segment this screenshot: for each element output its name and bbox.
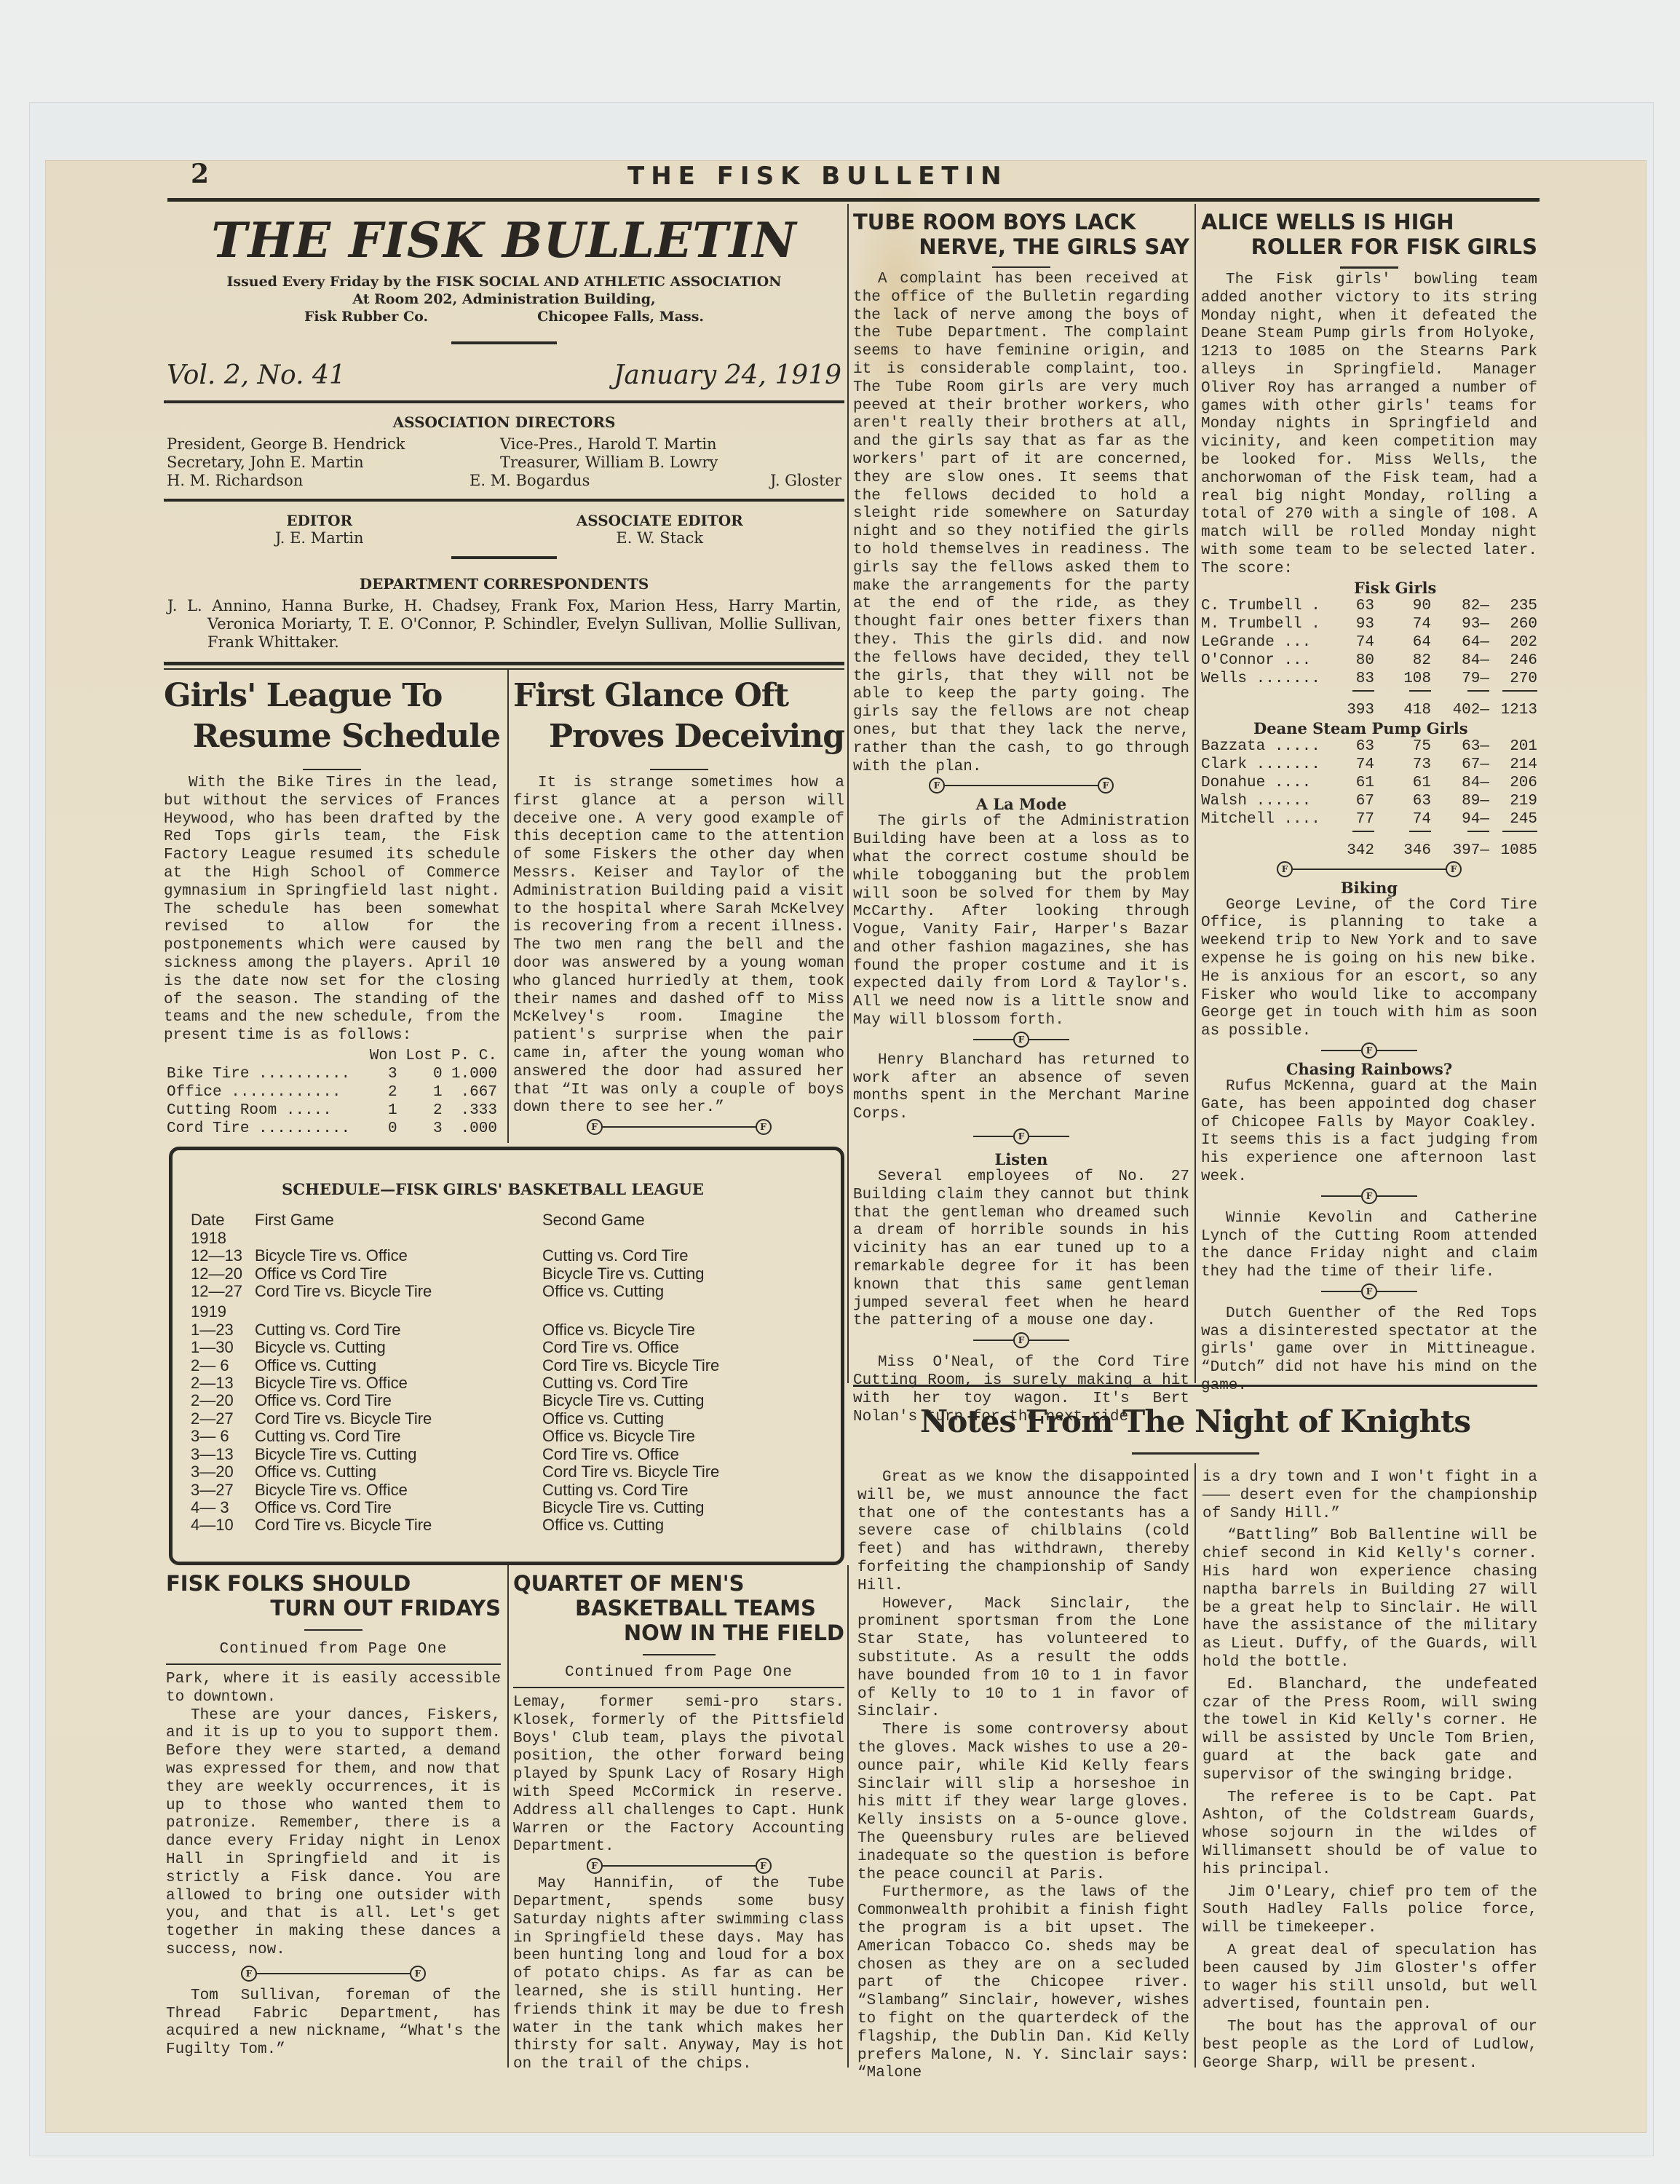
fisk-f-icon: F	[1361, 1283, 1377, 1299]
column-rule	[1194, 204, 1196, 1383]
rule	[513, 1687, 844, 1688]
article-alice-wells: ALICE WELLS IS HIGH ROLLER FOR FISK GIRL…	[1201, 210, 1537, 1396]
first-game: Office vs. Cutting	[255, 1463, 542, 1481]
ornament-divider: F F	[166, 1964, 501, 1983]
first-game: Bicycle Tire vs. Office	[255, 1481, 542, 1499]
schedule-row: 12—20Office vs Cord TireBicycle Tire vs.…	[191, 1265, 824, 1283]
second-game: Cutting vs. Cord Tire	[542, 1481, 689, 1499]
schedule-row: 4—10Cord Tire vs. Bicycle TireOffice vs.…	[191, 1516, 824, 1534]
first-game: Cord Tire vs. Bicycle Tire	[255, 1283, 542, 1300]
first-game: Cord Tire vs. Bicycle Tire	[255, 1410, 542, 1428]
issued-line: Issued Every Friday by the FISK SOCIAL A…	[164, 273, 844, 290]
knights-column-1: Great as we know the disappointed will b…	[857, 1469, 1189, 2083]
address-line: At Room 202, Administration Building,	[164, 290, 844, 308]
totals-row: 342346397—1085	[1201, 837, 1537, 860]
bowling-scores-deane: Deane Steam Pump Girls Bazzata .....6375…	[1201, 719, 1537, 860]
first-game: Office vs. Cord Tire	[255, 1499, 542, 1516]
page-number: 2	[191, 159, 209, 189]
headline-line: Resume Schedule	[164, 716, 500, 757]
bowler-row: Donahue ....616184—206	[1201, 774, 1537, 792]
game-date: 4— 3	[191, 1499, 255, 1516]
headline-line: ROLLER FOR FISK GIRLS	[1201, 234, 1537, 259]
knights-headline: Notes From The Night of Knights	[853, 1404, 1537, 1439]
section-rule	[853, 1385, 1537, 1387]
subhead: Chasing Rainbows?	[1201, 1060, 1537, 1078]
lost: 1	[400, 1083, 445, 1101]
continued-note: Continued from Page One	[166, 1641, 501, 1658]
lost: 2	[400, 1101, 445, 1120]
totals-row: 393418402—1213	[1201, 697, 1537, 719]
masthead: THE FISK BULLETIN Issued Every Friday by…	[164, 207, 844, 670]
game-date: 12—13	[191, 1247, 255, 1265]
ornament-divider: F	[1201, 1041, 1537, 1060]
game-date: 4—10	[191, 1516, 255, 1534]
ornament-divider: F	[1201, 1282, 1537, 1301]
news-note: Henry Blanchard has returned to work aft…	[853, 1052, 1189, 1124]
schedule-row: 12—13Bicycle Tire vs. OfficeCutting vs. …	[191, 1247, 824, 1265]
volume-number: Vol. 2, No. 41	[167, 360, 346, 390]
second-game: Office vs. Cutting	[542, 1410, 664, 1428]
header-rule	[167, 198, 1540, 202]
game-date: 3—13	[191, 1446, 255, 1463]
headline-line: QUARTET OF MEN'S	[513, 1571, 844, 1596]
schedule-row: 3—27Bicycle Tire vs. OfficeCutting vs. C…	[191, 1481, 824, 1499]
fisk-f-icon: F	[1361, 1188, 1377, 1204]
game-date: 3—20	[191, 1463, 255, 1481]
won: 3	[365, 1065, 400, 1083]
game-date: 2—27	[191, 1410, 255, 1428]
standings-row: Bike Tire ..........301.000	[164, 1065, 500, 1083]
ornament-divider: F F	[1201, 860, 1537, 879]
short-rule	[650, 769, 708, 770]
masthead-rule	[164, 499, 844, 502]
fisk-f-icon: F	[1277, 861, 1293, 877]
schedule-row: 3—13Bicycle Tire vs. CuttingCord Tire vs…	[191, 1446, 824, 1463]
article-fisk-folks: FISK FOLKS SHOULD TURN OUT FRIDAYS Conti…	[166, 1571, 501, 2060]
column-rule	[1194, 1463, 1196, 2068]
headline-line: BASKETBALL TEAMS	[513, 1596, 844, 1621]
lost: 0	[400, 1065, 445, 1083]
second-game: Cord Tire vs. Bicycle Tire	[542, 1463, 719, 1481]
article-body: Great as we know the disappointed will b…	[857, 1469, 1189, 1596]
fisk-f-icon: F	[587, 1858, 603, 1874]
short-rule	[643, 1654, 716, 1655]
article-girls-league: Girls' League To Resume Schedule With th…	[164, 676, 500, 1138]
article-body: Furthermore, as the laws of the Commonwe…	[857, 1884, 1189, 2083]
article-body: The referee is to be Capt. Pat Ashton, o…	[1202, 1789, 1537, 1880]
fisk-f-icon: F	[241, 1966, 257, 1982]
article-body: Ed. Blanchard, the undefeated czar of th…	[1202, 1677, 1537, 1785]
article-body: These are your dances, Fiskers, and it i…	[166, 1707, 501, 1960]
fisk-f-icon: F	[1098, 778, 1114, 794]
article-body: Jim O'Leary, chief pro tem of the South …	[1202, 1884, 1537, 1938]
short-rule	[1340, 266, 1398, 269]
team-name: Office ............	[164, 1083, 365, 1101]
directors-heading: ASSOCIATION DIRECTORS	[164, 414, 844, 431]
col-header: P. C.	[445, 1047, 500, 1065]
first-game: Office vs Cord Tire	[255, 1265, 542, 1283]
news-note: Dutch Guenther of the Red Tops was a dis…	[1201, 1305, 1537, 1396]
director: Treasurer, William B. Lowry	[500, 454, 718, 472]
won: 2	[365, 1083, 400, 1101]
schedule-row: 2—20Office vs. Cord TireBicycle Tire vs.…	[191, 1392, 824, 1409]
article-body: is a dry town and I won't fight in a ———…	[1202, 1469, 1537, 1523]
second-game: Cutting vs. Cord Tire	[542, 1247, 689, 1265]
bowler-row: Clark .......747367—214	[1201, 756, 1537, 774]
second-game: Office vs. Bicycle Tire	[542, 1428, 695, 1445]
headline-line: First Glance Oft	[513, 676, 844, 716]
game-date: 12—27	[191, 1283, 255, 1300]
fisk-f-icon: F	[756, 1119, 772, 1135]
standings-row: Cutting Room .....12.333	[164, 1101, 500, 1120]
column-rule	[847, 1565, 849, 2068]
first-game: Bicycle Tire vs. Cutting	[255, 1446, 542, 1463]
second-game: Cord Tire vs. Office	[542, 1446, 679, 1463]
game-date: 2—20	[191, 1392, 255, 1409]
article-body: However, Mack Sinclair, the prominent sp…	[857, 1596, 1189, 1722]
ornament-divider: F F	[513, 1117, 844, 1136]
headline-line: TURN OUT FRIDAYS	[166, 1596, 501, 1621]
fisk-f-icon: F	[1446, 861, 1462, 877]
second-game: Bicycle Tire vs. Cutting	[542, 1265, 705, 1283]
ornament-divider: F	[853, 1030, 1189, 1049]
second-game: Office vs. Cutting	[542, 1283, 664, 1300]
schedule-title: SCHEDULE—FISK GIRLS' BASKETBALL LEAGUE	[162, 1181, 824, 1198]
second-game: Cord Tire vs. Bicycle Tire	[542, 1357, 719, 1374]
editor-heading: EDITOR	[218, 512, 421, 529]
won: 1	[365, 1101, 400, 1120]
bowler-row: Walsh ......676389—219	[1201, 792, 1537, 810]
ornament-divider: F	[853, 1127, 1189, 1146]
subhead: A La Mode	[853, 795, 1189, 813]
bowler-row: Wells .......8310879—270	[1201, 670, 1537, 688]
fisk-f-icon: F	[929, 778, 945, 794]
standings-row: Office ............21.667	[164, 1083, 500, 1101]
director: President, George B. Hendrick	[167, 435, 405, 454]
headline-line: NOW IN THE FIELD	[513, 1621, 844, 1645]
director: Secretary, John E. Martin	[167, 454, 364, 472]
article-body: A great deal of speculation has been cau…	[1202, 1942, 1537, 2014]
first-game: Office vs. Cutting	[255, 1357, 542, 1374]
column-rule	[847, 204, 849, 1383]
subhead: Listen	[853, 1150, 1189, 1168]
team-heading: Deane Steam Pump Girls	[1201, 719, 1537, 737]
article-body: A complaint has been received at the off…	[853, 271, 1189, 776]
subhead: Biking	[1201, 879, 1537, 897]
pct: 1.000	[445, 1065, 500, 1083]
article-body: The girls of the Administration Building…	[853, 813, 1189, 1030]
director: J. Gloster	[770, 472, 841, 490]
col-header: Lost	[400, 1047, 445, 1065]
director: Vice-Pres., Harold T. Martin	[500, 435, 717, 454]
col-header: Second Game	[542, 1211, 645, 1229]
schedule-year: 1919	[191, 1303, 824, 1321]
running-title: THE FISK BULLETIN	[627, 162, 1008, 191]
first-game: Bicycle vs. Cutting	[255, 1339, 542, 1356]
article-tube-room: TUBE ROOM BOYS LACK NERVE, THE GIRLS SAY…	[853, 210, 1189, 1426]
fisk-f-icon: F	[587, 1119, 603, 1135]
col-header: Date	[191, 1211, 255, 1229]
news-note: Winnie Kevolin and Catherine Lynch of th…	[1201, 1210, 1537, 1282]
game-date: 1—30	[191, 1339, 255, 1356]
team-name: Bike Tire ..........	[164, 1065, 365, 1083]
pct: .667	[445, 1083, 500, 1101]
short-rule	[304, 1629, 362, 1631]
article-body: There is some controversy about the glov…	[857, 1722, 1189, 1884]
bowler-row: Mitchell ....777494—245	[1201, 810, 1537, 828]
standings-row: Cord Tire ..........03.000	[164, 1120, 500, 1138]
article-body: With the Bike Tires in the lead, but wit…	[164, 775, 500, 1045]
game-date: 2—13	[191, 1374, 255, 1392]
fisk-f-icon: F	[1013, 1332, 1029, 1348]
correspondents-list: J. L. Annino, Hanna Burke, H. Chadsey, F…	[164, 597, 844, 652]
director: E. M. Bogardus	[469, 472, 590, 490]
schedule-row: 1—23Cutting vs. Cord TireOffice vs. Bicy…	[191, 1321, 824, 1339]
basketball-schedule: SCHEDULE—FISK GIRLS' BASKETBALL LEAGUE D…	[191, 1181, 824, 1535]
first-game: Cutting vs. Cord Tire	[255, 1321, 542, 1339]
first-game: Cutting vs. Cord Tire	[255, 1428, 542, 1445]
correspondents-heading: DEPARTMENT CORRESPONDENTS	[164, 575, 844, 593]
schedule-row: 2— 6Office vs. CuttingCord Tire vs. Bicy…	[191, 1357, 824, 1374]
schedule-year: 1918	[191, 1230, 824, 1247]
lost: 3	[400, 1120, 445, 1138]
short-rule	[992, 266, 1050, 268]
article-body: The bout has the approval of our best pe…	[1202, 2019, 1537, 2073]
fisk-f-icon: F	[410, 1966, 426, 1982]
masthead-title: THE FISK BULLETIN	[164, 212, 844, 269]
short-rule	[1132, 1452, 1259, 1455]
article-body: Rufus McKenna, guard at the Main Gate, h…	[1201, 1078, 1537, 1187]
article-body: It is strange sometimes how a first glan…	[513, 775, 844, 1117]
ornament-divider: F	[1201, 1187, 1537, 1206]
headline-line: NERVE, THE GIRLS SAY	[853, 234, 1189, 259]
schedule-row: 4— 3Office vs. Cord TireBicycle Tire vs.…	[191, 1499, 824, 1516]
headline-line: FISK FOLKS SHOULD	[166, 1571, 501, 1596]
game-date: 1—23	[191, 1321, 255, 1339]
masthead-rule	[164, 662, 844, 665]
editor-name: J. E. Martin	[218, 529, 421, 547]
city-name: Chicopee Falls, Mass.	[537, 308, 704, 325]
pct: .333	[445, 1101, 500, 1120]
article-body: The Fisk girls' bowling team added anoth…	[1201, 272, 1537, 579]
first-game: Bicycle Tire vs. Office	[255, 1247, 542, 1265]
game-date: 12—20	[191, 1265, 255, 1283]
article-first-glance: First Glance Oft Proves Deceiving It is …	[513, 676, 844, 1136]
fisk-f-icon: F	[1013, 1128, 1029, 1144]
team-name: Cutting Room .....	[164, 1101, 365, 1120]
ornament-divider: F F	[513, 1856, 844, 1875]
fisk-f-icon: F	[1013, 1032, 1029, 1048]
article-body: Park, where it is easily accessible to d…	[166, 1671, 501, 1707]
knights-column-2: is a dry town and I won't fight in a ———…	[1202, 1469, 1537, 2073]
headline-line: TUBE ROOM BOYS LACK	[853, 210, 1189, 234]
second-game: Office vs. Cutting	[542, 1516, 664, 1534]
bowler-row: O'Connor ...808284—246	[1201, 652, 1537, 670]
column-rule	[507, 1565, 509, 2068]
short-rule	[451, 556, 557, 559]
article-body: Several employees of No. 27 Building cla…	[853, 1168, 1189, 1331]
ornament-divider: F	[853, 1331, 1189, 1350]
ornament-divider: F F	[853, 776, 1189, 795]
first-game: Cord Tire vs. Bicycle Tire	[255, 1516, 542, 1534]
won: 0	[365, 1120, 400, 1138]
short-rule	[303, 769, 361, 770]
continued-note: Continued from Page One	[513, 1664, 844, 1681]
schedule-row: 3—20Office vs. CuttingCord Tire vs. Bicy…	[191, 1463, 824, 1481]
short-rule	[451, 341, 557, 344]
col-header: First Game	[255, 1211, 542, 1229]
article-quartet: QUARTET OF MEN'S BASKETBALL TEAMS NOW IN…	[513, 1571, 844, 2074]
bowling-scores-fisk: Fisk Girls C. Trumbell .639082—235M. Tru…	[1201, 579, 1537, 719]
col-header: Won	[365, 1047, 400, 1065]
bowler-row: Bazzata .....637563—201	[1201, 737, 1537, 756]
headline-line: ALICE WELLS IS HIGH	[1201, 210, 1537, 234]
bowler-row: C. Trumbell .639082—235	[1201, 597, 1537, 615]
article-body: “Battling” Bob Ballentine will be chief …	[1202, 1527, 1537, 1671]
team-name: Cord Tire ..........	[164, 1120, 365, 1138]
fisk-f-icon: F	[756, 1858, 772, 1874]
game-date: 2— 6	[191, 1357, 255, 1374]
company-name: Fisk Rubber Co.	[304, 308, 428, 325]
assoc-editor-name: E. W. Stack	[528, 529, 791, 547]
rule	[166, 1663, 501, 1665]
schedule-row: 12—27Cord Tire vs. Bicycle TireOffice vs…	[191, 1283, 824, 1300]
second-game: Bicycle Tire vs. Cutting	[542, 1499, 705, 1516]
news-note: May Hannifin, of the Tube Department, sp…	[513, 1875, 844, 2074]
schedule-row: 1—30Bicycle vs. CuttingCord Tire vs. Off…	[191, 1339, 824, 1356]
pct: .000	[445, 1120, 500, 1138]
second-game: Cord Tire vs. Office	[542, 1339, 679, 1356]
second-game: Bicycle Tire vs. Cutting	[542, 1392, 705, 1409]
second-game: Cutting vs. Cord Tire	[542, 1374, 689, 1392]
masthead-rule	[164, 400, 844, 403]
team-heading: Fisk Girls	[1339, 579, 1537, 597]
first-game: Bicycle Tire vs. Office	[255, 1374, 542, 1392]
first-game: Office vs. Cord Tire	[255, 1392, 542, 1409]
schedule-row: 2—13Bicycle Tire vs. OfficeCutting vs. C…	[191, 1374, 824, 1392]
masthead-rule	[164, 668, 844, 670]
news-note: Tom Sullivan, foreman of the Thread Fabr…	[166, 1987, 501, 2060]
fisk-f-icon: F	[1361, 1042, 1377, 1059]
issue-date: January 24, 1919	[614, 360, 841, 390]
game-date: 3—27	[191, 1481, 255, 1499]
bowler-row: LeGrande ...746464—202	[1201, 633, 1537, 652]
schedule-row: 3— 6Cutting vs. Cord TireOffice vs. Bicy…	[191, 1428, 824, 1445]
headline-line: Girls' League To	[164, 676, 500, 716]
bowler-row: M. Trumbell .937493—260	[1201, 615, 1537, 633]
headline-line: Proves Deceiving	[513, 716, 844, 757]
second-game: Office vs. Bicycle Tire	[542, 1321, 695, 1339]
schedule-row: 2—27Cord Tire vs. Bicycle TireOffice vs.…	[191, 1410, 824, 1428]
standings-table: Won Lost P. C. Bike Tire ..........301.0…	[164, 1047, 500, 1138]
article-body: George Levine, of the Cord Tire Office, …	[1201, 897, 1537, 1041]
article-body: Lemay, former semi-pro stars. Klosek, fo…	[513, 1694, 844, 1856]
director: H. M. Richardson	[167, 472, 303, 490]
game-date: 3— 6	[191, 1428, 255, 1445]
assoc-editor-heading: ASSOCIATE EDITOR	[528, 512, 791, 529]
column-rule	[507, 670, 509, 1143]
